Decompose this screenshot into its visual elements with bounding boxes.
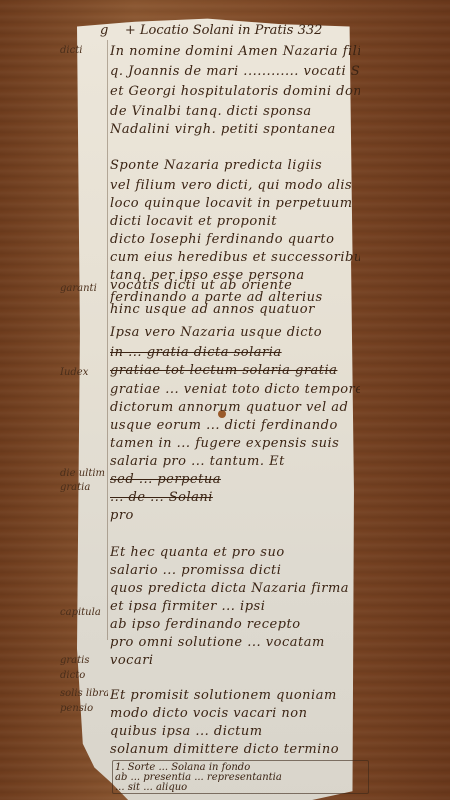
margin-note: garanti — [60, 283, 108, 297]
manuscript-heading: g + Locatio Solani in Pratis 332 — [100, 23, 370, 41]
manuscript-line: dicti locavit et proponit — [110, 214, 360, 230]
manuscript-line: Sponte Nazaria predicta ligiis — [110, 158, 360, 174]
corner-mark: g — [100, 23, 108, 38]
manuscript-line: salario ... promissa dicti — [110, 563, 360, 579]
margin-note: die ultim — [60, 468, 108, 482]
margin-note: pensio — [60, 703, 108, 717]
manuscript-line: loco quinque locavit in perpetuum — [110, 196, 360, 212]
manuscript-line: Nadalini virgh. petiti spontanea — [110, 122, 360, 138]
manuscript-line: pro — [110, 508, 360, 524]
manuscript-line: In nomine domini Amen Nazaria filia — [110, 44, 360, 60]
manuscript-line: gratiae tot lectum solaria gratia — [110, 363, 360, 379]
manuscript-line: solanum dimittere dicto termino — [110, 742, 360, 758]
manuscript-line: et Georgi hospitulatoris domini dominici — [110, 84, 360, 100]
margin-note: Iudex — [60, 367, 108, 381]
margin-note: dicto — [60, 670, 108, 684]
manuscript-line: salaria pro ... tantum. Et — [110, 454, 360, 470]
margin-note: gratis — [60, 655, 108, 669]
manuscript-line: ... de ... Solani — [110, 490, 360, 506]
manuscript-line: dictorum annorum quatuor vel ad — [110, 400, 360, 416]
margin-note: solis libra — [60, 688, 108, 702]
heading-text: + Locatio Solani in Pratis 332 — [125, 23, 323, 38]
manuscript-line: sed ... perpetua — [110, 472, 360, 488]
manuscript-line: usque eorum ... dicti ferdinando — [110, 418, 360, 434]
manuscript-line: quibus ipsa ... dictum — [110, 724, 360, 740]
manuscript-line: hinc usque ad annos quatuor — [110, 302, 360, 318]
manuscript-line: quos predicta dicta Nazaria firma — [110, 581, 360, 597]
margin-rule — [107, 40, 108, 640]
manuscript-line: vel filium vero dicti, qui modo alis — [110, 178, 360, 194]
manuscript-line: ab ipso ferdinando recepto — [110, 617, 360, 633]
margin-note: capitula — [60, 607, 108, 621]
manuscript-line: et ipsa firmiter ... ipsi — [110, 599, 360, 615]
margin-note: gratia — [60, 482, 108, 496]
manuscript-line: Et hec quanta et pro suo — [110, 545, 360, 561]
manuscript-line: q. Joannis de mari ............ vocati S… — [110, 64, 360, 80]
footer-note-line: ... sit ... aliquo — [115, 782, 365, 794]
manuscript-line: modo dicto vocis vacari non — [110, 706, 360, 722]
manuscript-line: vocari — [110, 653, 360, 669]
manuscript-line: Ipsa vero Nazaria usque dicto — [110, 325, 360, 341]
manuscript-line: gratiae ... veniat toto dicto tempore — [110, 382, 360, 398]
manuscript-line: de Vinalbi tanq. dicti sponsa — [110, 104, 360, 120]
manuscript-line: Et promisit solutionem quoniam — [110, 688, 360, 704]
margin-note: dicti — [60, 45, 108, 59]
manuscript-line: dicto Iosephi ferdinando quarto — [110, 232, 360, 248]
manuscript-line: in ... gratia dicta solaria — [110, 345, 360, 361]
manuscript-line: tamen in ... fugere expensis suis — [110, 436, 360, 452]
manuscript-line: pro omni solutione ... vocatam — [110, 635, 360, 651]
manuscript-line: cum eius heredibus et successoribus — [110, 250, 360, 266]
